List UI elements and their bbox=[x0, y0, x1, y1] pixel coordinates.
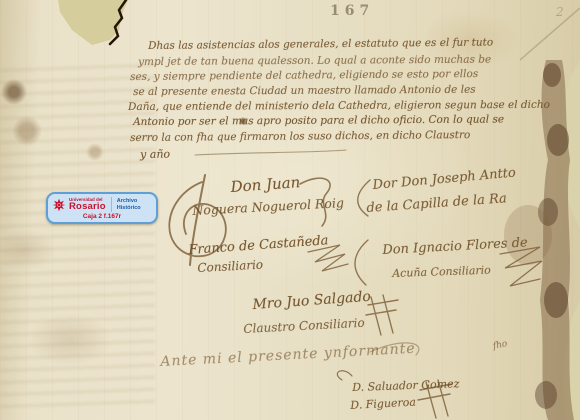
box-folio-reference: Caja 2 f.167r bbox=[52, 213, 152, 220]
university-name-label: Rosario bbox=[69, 202, 106, 212]
manuscript-line: ympl jet de tan buena qualesson. Lo qual… bbox=[138, 54, 491, 68]
manuscript-line: se al presente enesta Ciudad un maestro … bbox=[133, 84, 476, 98]
corner-numeral: 2 bbox=[556, 5, 564, 19]
archive-unit-line2: Histórico bbox=[117, 205, 141, 211]
manuscript-line: Daña, que entiende del ministerio dela C… bbox=[128, 99, 550, 113]
manuscript-year-line: y año bbox=[140, 147, 170, 161]
folio-stamp-number: 167 bbox=[330, 3, 374, 19]
manuscript-scan: 167 2 Dhas las asistencias alos generale… bbox=[0, 0, 580, 420]
archive-reference-badge: Universidad del Rosario Archivo Históric… bbox=[46, 192, 158, 224]
universidad-del-rosario-logo-icon bbox=[52, 198, 66, 212]
badge-divider bbox=[111, 197, 112, 212]
manuscript-line: Antonio por ser el mas apro posito para … bbox=[133, 113, 504, 128]
